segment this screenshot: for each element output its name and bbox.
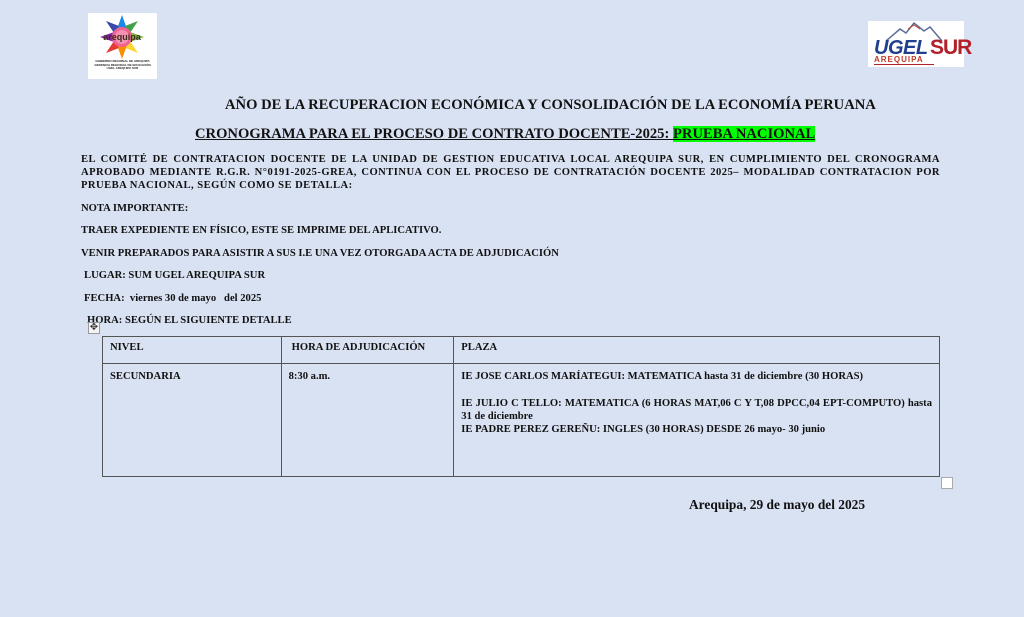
schedule-table: NIVEL HORA DE ADJUDICACIÓN PLAZA SECUNDA… bbox=[102, 336, 940, 477]
cell-plaza: IE JOSE CARLOS MARÍATEGUI: MATEMATICA ha… bbox=[454, 364, 940, 477]
cell-nivel: SECUNDARIA bbox=[103, 364, 282, 477]
sur-wordmark: SUR bbox=[930, 36, 971, 60]
note-item-1: TRAER EXPEDIENTE EN FÍSICO, ESTE SE IMPR… bbox=[81, 225, 441, 236]
note-heading: NOTA IMPORTANTE: bbox=[81, 203, 188, 214]
arequipa-wordmark: AREQUIPA bbox=[874, 56, 934, 65]
date-line: FECHA: viernes 30 de mayo del 2025 bbox=[84, 293, 261, 304]
table-row: SECUNDARIA 8:30 a.m. IE JOSE CARLOS MARÍ… bbox=[103, 364, 940, 477]
logo-caption: GOBIERNO REGIONAL DE AREQUIPA GERENCIA R… bbox=[91, 60, 154, 71]
header-nivel: NIVEL bbox=[103, 337, 282, 364]
header-hora: HORA DE ADJUDICACIÓN bbox=[281, 337, 454, 364]
highlighted-modality: PRUEBA NACIONAL bbox=[673, 126, 815, 142]
plaza-item: IE JOSE CARLOS MARÍATEGUI: MATEMATICA ha… bbox=[461, 370, 932, 383]
schedule-title: CRONOGRAMA PARA EL PROCESO DE CONTRATO D… bbox=[195, 126, 815, 143]
header-plaza: PLAZA bbox=[454, 337, 940, 364]
schedule-title-text: CRONOGRAMA PARA EL PROCESO DE CONTRATO D… bbox=[195, 126, 673, 142]
time-line: HORA: SEGÚN EL SIGUIENTE DETALLE bbox=[87, 315, 292, 326]
signature-date: Arequipa, 29 de mayo del 2025 bbox=[689, 497, 865, 513]
note-item-2: VENIR PREPARADOS PARA ASISTIR A SUS I.E … bbox=[81, 248, 559, 259]
table-move-handle-icon[interactable]: ✥ bbox=[88, 322, 100, 334]
svg-text:arequipa: arequipa bbox=[103, 32, 142, 42]
intro-paragraph: EL COMITÉ DE CONTRATACION DOCENTE DE LA … bbox=[81, 153, 940, 192]
plaza-item: IE JULIO C TELLO: MATEMATICA (6 HORAS MA… bbox=[461, 397, 932, 423]
ugel-sur-logo: UGEL SUR AREQUIPA bbox=[868, 21, 964, 67]
year-title: AÑO DE LA RECUPERACION ECONÓMICA Y CONSO… bbox=[225, 97, 876, 114]
cell-hora: 8:30 a.m. bbox=[281, 364, 454, 477]
arequipa-logo: arequipa GOBIERNO REGIONAL DE AREQUIPA G… bbox=[88, 13, 157, 79]
plaza-item: IE PADRE PEREZ GEREÑU: INGLES (30 HORAS)… bbox=[461, 423, 932, 436]
table-header-row: NIVEL HORA DE ADJUDICACIÓN PLAZA bbox=[103, 337, 940, 364]
table-resize-handle[interactable] bbox=[941, 477, 953, 489]
sun-burst-icon: arequipa bbox=[88, 13, 157, 61]
location-line: LUGAR: SUM UGEL AREQUIPA SUR bbox=[84, 270, 265, 281]
